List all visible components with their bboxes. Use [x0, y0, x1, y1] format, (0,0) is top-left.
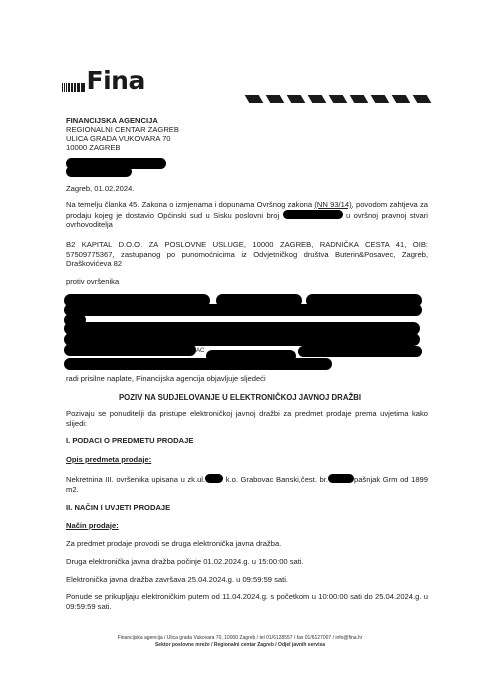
law-reference: (NN 93/14)	[314, 200, 351, 209]
redacted-debtor	[298, 346, 422, 357]
against-label: protiv ovršenika	[66, 277, 119, 287]
barcode-bars-icon	[62, 74, 85, 92]
redacted-debtor	[64, 344, 196, 356]
invitation-paragraph: Pozivaju se ponuditelji da pristupe elek…	[66, 409, 428, 428]
redacted-fragment-text: AC	[196, 347, 204, 357]
logo-wordmark: Fina	[87, 70, 145, 92]
redacted-debtor	[64, 358, 332, 370]
sale-method-paragraph: Za predmet prodaje provodi se druga elek…	[66, 539, 281, 549]
reason-line: radi prisilne naplate, Financijska agenc…	[66, 374, 266, 384]
decorative-dashes	[247, 95, 429, 103]
creditor-paragraph: B2 KAPITAL D.O.O. ZA POSLOVNE USLUGE, 10…	[66, 240, 428, 269]
section-2-heading: II. NAČIN I UVJETI PRODAJE	[66, 503, 170, 513]
redacted-land-registry-number	[205, 474, 223, 483]
property-description: Nekretnina III. ovršenika upisana u zk.u…	[66, 474, 428, 494]
intro-paragraph: Na temelju članka 45. Zakona o izmjenama…	[66, 200, 428, 230]
redacted-recipient-line-2	[66, 166, 132, 177]
fina-logo: Fina	[62, 68, 145, 92]
date-line: Zagreb, 01.02.2024.	[66, 184, 134, 194]
redacted-parcel-number	[328, 474, 354, 483]
offers-period-paragraph: Ponude se prikupljaju elektroničkim pute…	[66, 592, 428, 611]
redacted-debtor	[64, 304, 422, 316]
section-1-heading: I. PODACI O PREDMETU PRODAJE	[66, 436, 193, 446]
auction-end-paragraph: Elektronička javna dražba završava 25.04…	[66, 575, 288, 585]
footer-department-line: Sektor poslovne mreže / Regionalni centa…	[0, 642, 480, 649]
section-1-subheading: Opis predmeta prodaje:	[66, 455, 151, 465]
document-title: POZIV NA SUDJELOVANJE U ELEKTRONIČKOJ JA…	[0, 393, 480, 403]
document-page: Fina FINANCIJSKA AGENCIJA REGIONALNI CEN…	[0, 0, 480, 690]
redacted-case-number	[283, 210, 343, 219]
footer-contact-line: Financijska agencija / Ulica grada Vukov…	[0, 635, 480, 642]
section-2-subheading: Način prodaje:	[66, 521, 119, 531]
auction-start-paragraph: Druga elektronička javna dražba počinje …	[66, 557, 304, 567]
sender-city: 10000 ZAGREB	[66, 143, 120, 153]
